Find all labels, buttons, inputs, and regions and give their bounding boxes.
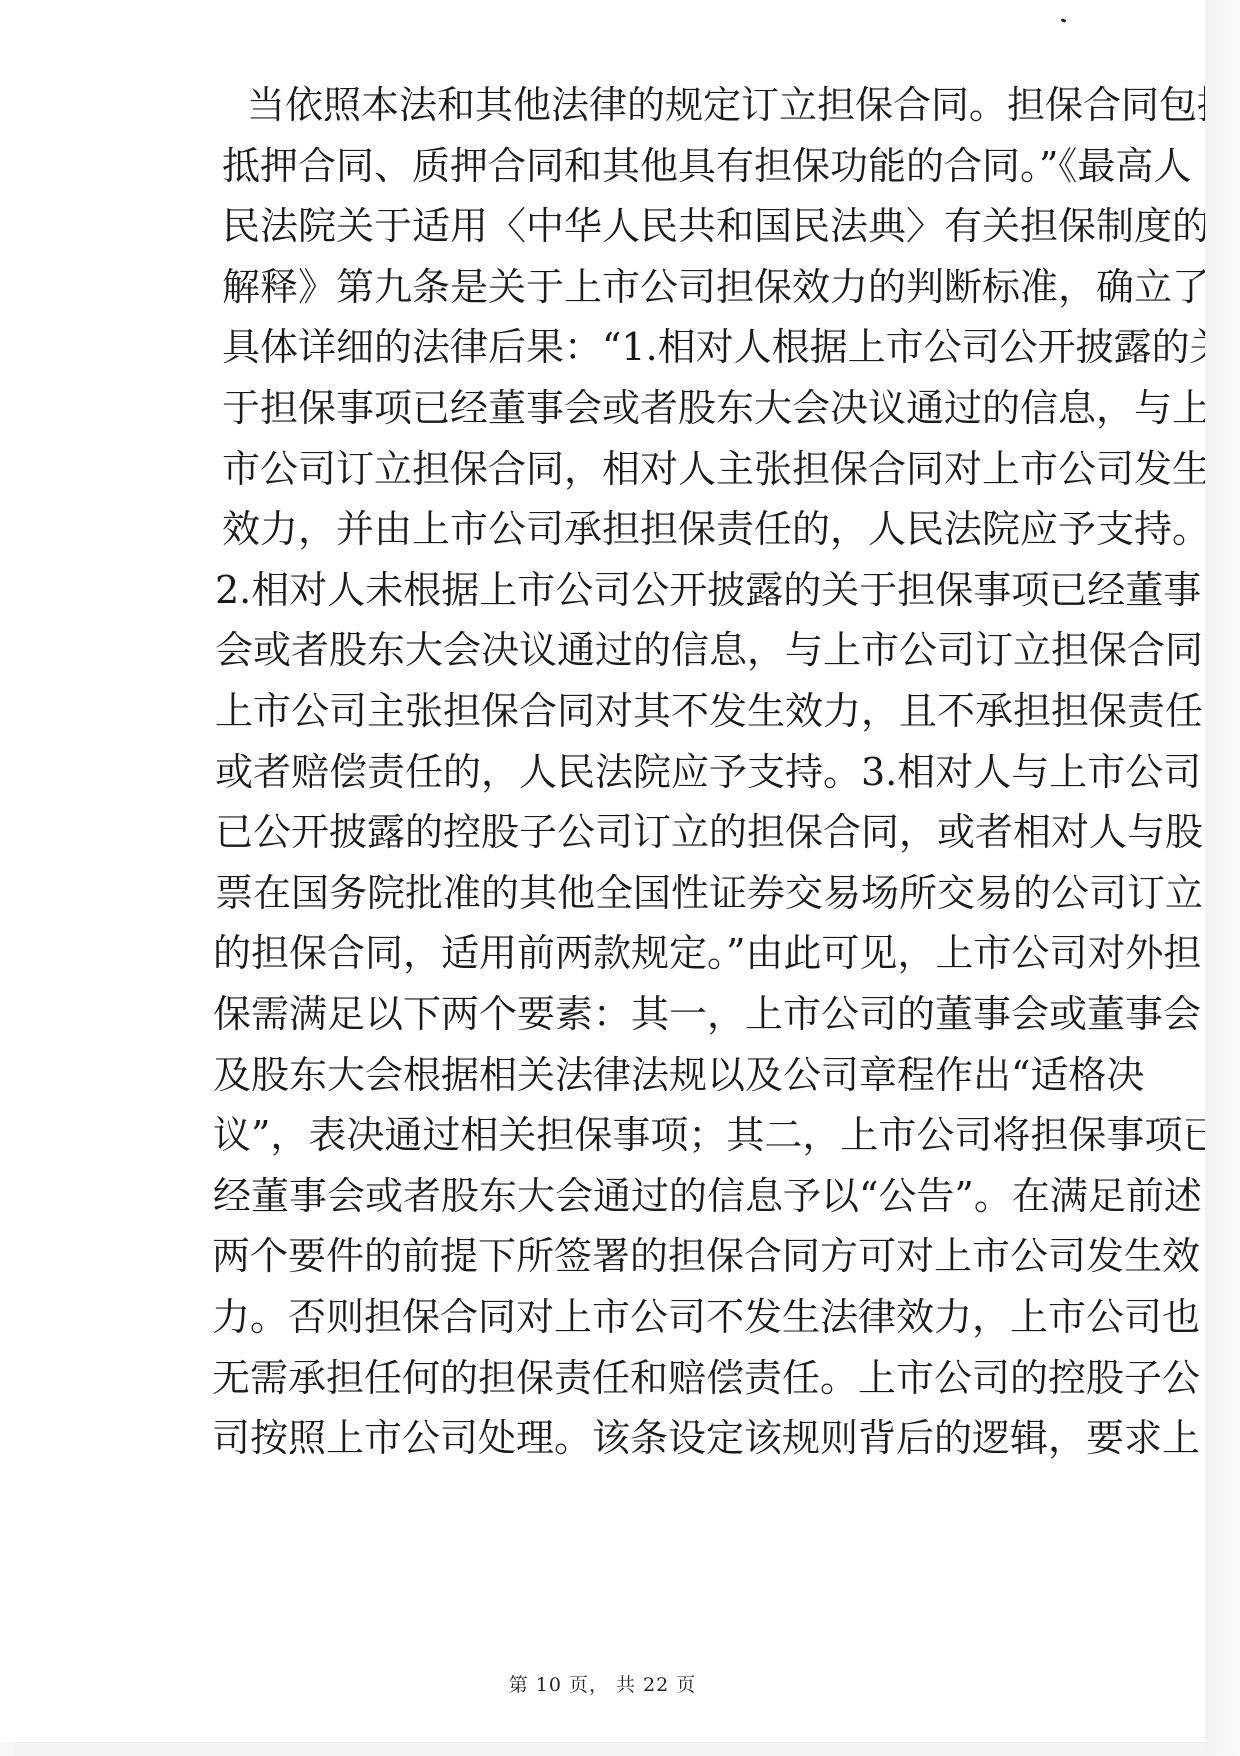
- text-line: 已公开披露的控股子公司订立的担保合同，或者相对人与股: [215, 809, 1033, 855]
- document-page: 当依照本法和其他法律的规定订立担保合同。担保合同包括 抵押合同、质押合同和其他具…: [0, 0, 1205, 1742]
- text-line: 两个要件的前提下所签署的担保合同方可对上市公司发生效: [212, 1233, 1038, 1279]
- text-line: 效力，并由上市公司承担担保责任的，人民法院应予支持。: [222, 506, 1030, 552]
- text-line: 上市公司主张担保合同对其不发生效力，且不承担担保责任: [215, 688, 1033, 734]
- text-line: 具体详细的法律后果：“1.相对人根据上市公司公开披露的关: [222, 324, 1030, 370]
- text-line: 的担保合同，适用前两款规定。”由此可见，上市公司对外担: [213, 930, 1035, 976]
- text-line: 会或者股东大会决议通过的信息，与上市公司订立担保合同，: [215, 627, 1033, 673]
- text-line: 保需满足以下两个要素：其一，上市公司的董事会或董事会: [213, 991, 1035, 1037]
- scan-speck: [1061, 18, 1067, 23]
- text-line: 2.相对人未根据上市公司公开披露的关于担保事项已经董事: [215, 567, 1033, 613]
- text-line: 当依照本法和其他法律的规定订立担保合同。担保合同包括: [247, 82, 1027, 128]
- text-line: 力。否则担保合同对上市公司不发生法律效力，上市公司也: [212, 1294, 1038, 1340]
- page-bottom-edge: [15, 1742, 1205, 1755]
- text-line: 抵押合同、质押合同和其他具有担保功能的合同。”《最高人: [222, 143, 1030, 189]
- text-line: 票在国务院批准的其他全国性证券交易场所交易的公司订立: [215, 870, 1033, 916]
- text-line: 议”，表决通过相关担保事项；其二，上市公司将担保事项已: [213, 1112, 1035, 1158]
- text-line: 经董事会或者股东大会通过的信息予以“公告”。在满足前述: [213, 1173, 1035, 1219]
- text-line: 无需承担任何的担保责任和赔偿责任。上市公司的控股子公: [212, 1355, 1038, 1401]
- text-line: 于担保事项已经董事会或者股东大会决议通过的信息，与上: [222, 385, 1030, 431]
- text-line: 及股东大会根据相关法律法规以及公司章程作出“适格决: [213, 1052, 1035, 1098]
- page-edge-shadow: [1205, 0, 1240, 1755]
- text-line: 市公司订立担保合同，相对人主张担保合同对上市公司发生: [222, 446, 1030, 492]
- text-line: 或者赔偿责任的，人民法院应予支持。3.相对人与上市公司: [215, 749, 1033, 795]
- text-line: 司按照上市公司处理。该条设定该规则背后的逻辑，要求上: [212, 1415, 1038, 1461]
- page-number: 第 10 页， 共 22 页: [0, 1670, 1205, 1697]
- text-line: 民法院关于适用〈中华人民共和国民法典〉有关担保制度的: [222, 203, 1028, 249]
- text-line: 解释》第九条是关于上市公司担保效力的判断标准，确立了: [222, 264, 1028, 310]
